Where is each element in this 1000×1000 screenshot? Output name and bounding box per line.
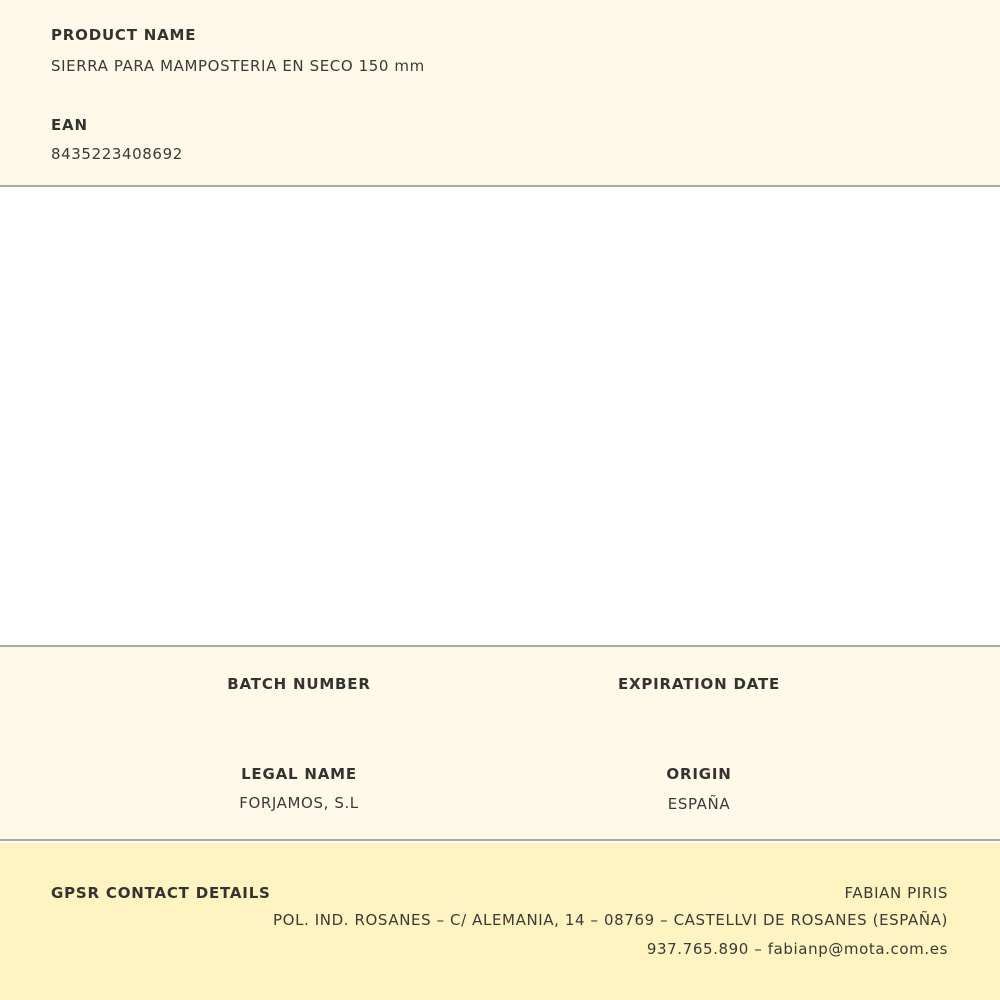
product-section: PRODUCT NAME SIERRA PARA MAMPOSTERIA EN … [0, 0, 1000, 187]
legal-name-value: FORJAMOS, S.L [239, 794, 359, 812]
product-name-value: SIERRA PARA MAMPOSTERIA EN SECO 150 mm [51, 57, 425, 75]
expiration-date-label: EXPIRATION DATE [618, 675, 780, 693]
product-name-label: PRODUCT NAME [51, 26, 196, 44]
origin-value: ESPAÑA [668, 795, 730, 813]
gpsr-contact-section: GPSR CONTACT DETAILS FABIAN PIRIS POL. I… [0, 843, 1000, 1000]
contact-phone-email: 937.765.890 – fabianp@mota.com.es [647, 940, 948, 958]
blank-area [0, 187, 1000, 645]
details-section: BATCH NUMBER EXPIRATION DATE LEGAL NAME … [0, 645, 1000, 841]
contact-address: POL. IND. ROSANES – C/ ALEMANIA, 14 – 08… [273, 911, 948, 929]
contact-name: FABIAN PIRIS [844, 884, 948, 902]
ean-value: 8435223408692 [51, 145, 183, 163]
batch-number-label: BATCH NUMBER [227, 675, 370, 693]
ean-label: EAN [51, 116, 88, 134]
origin-label: ORIGIN [666, 765, 731, 783]
gpsr-contact-title: GPSR CONTACT DETAILS [51, 884, 271, 902]
legal-name-label: LEGAL NAME [241, 765, 357, 783]
